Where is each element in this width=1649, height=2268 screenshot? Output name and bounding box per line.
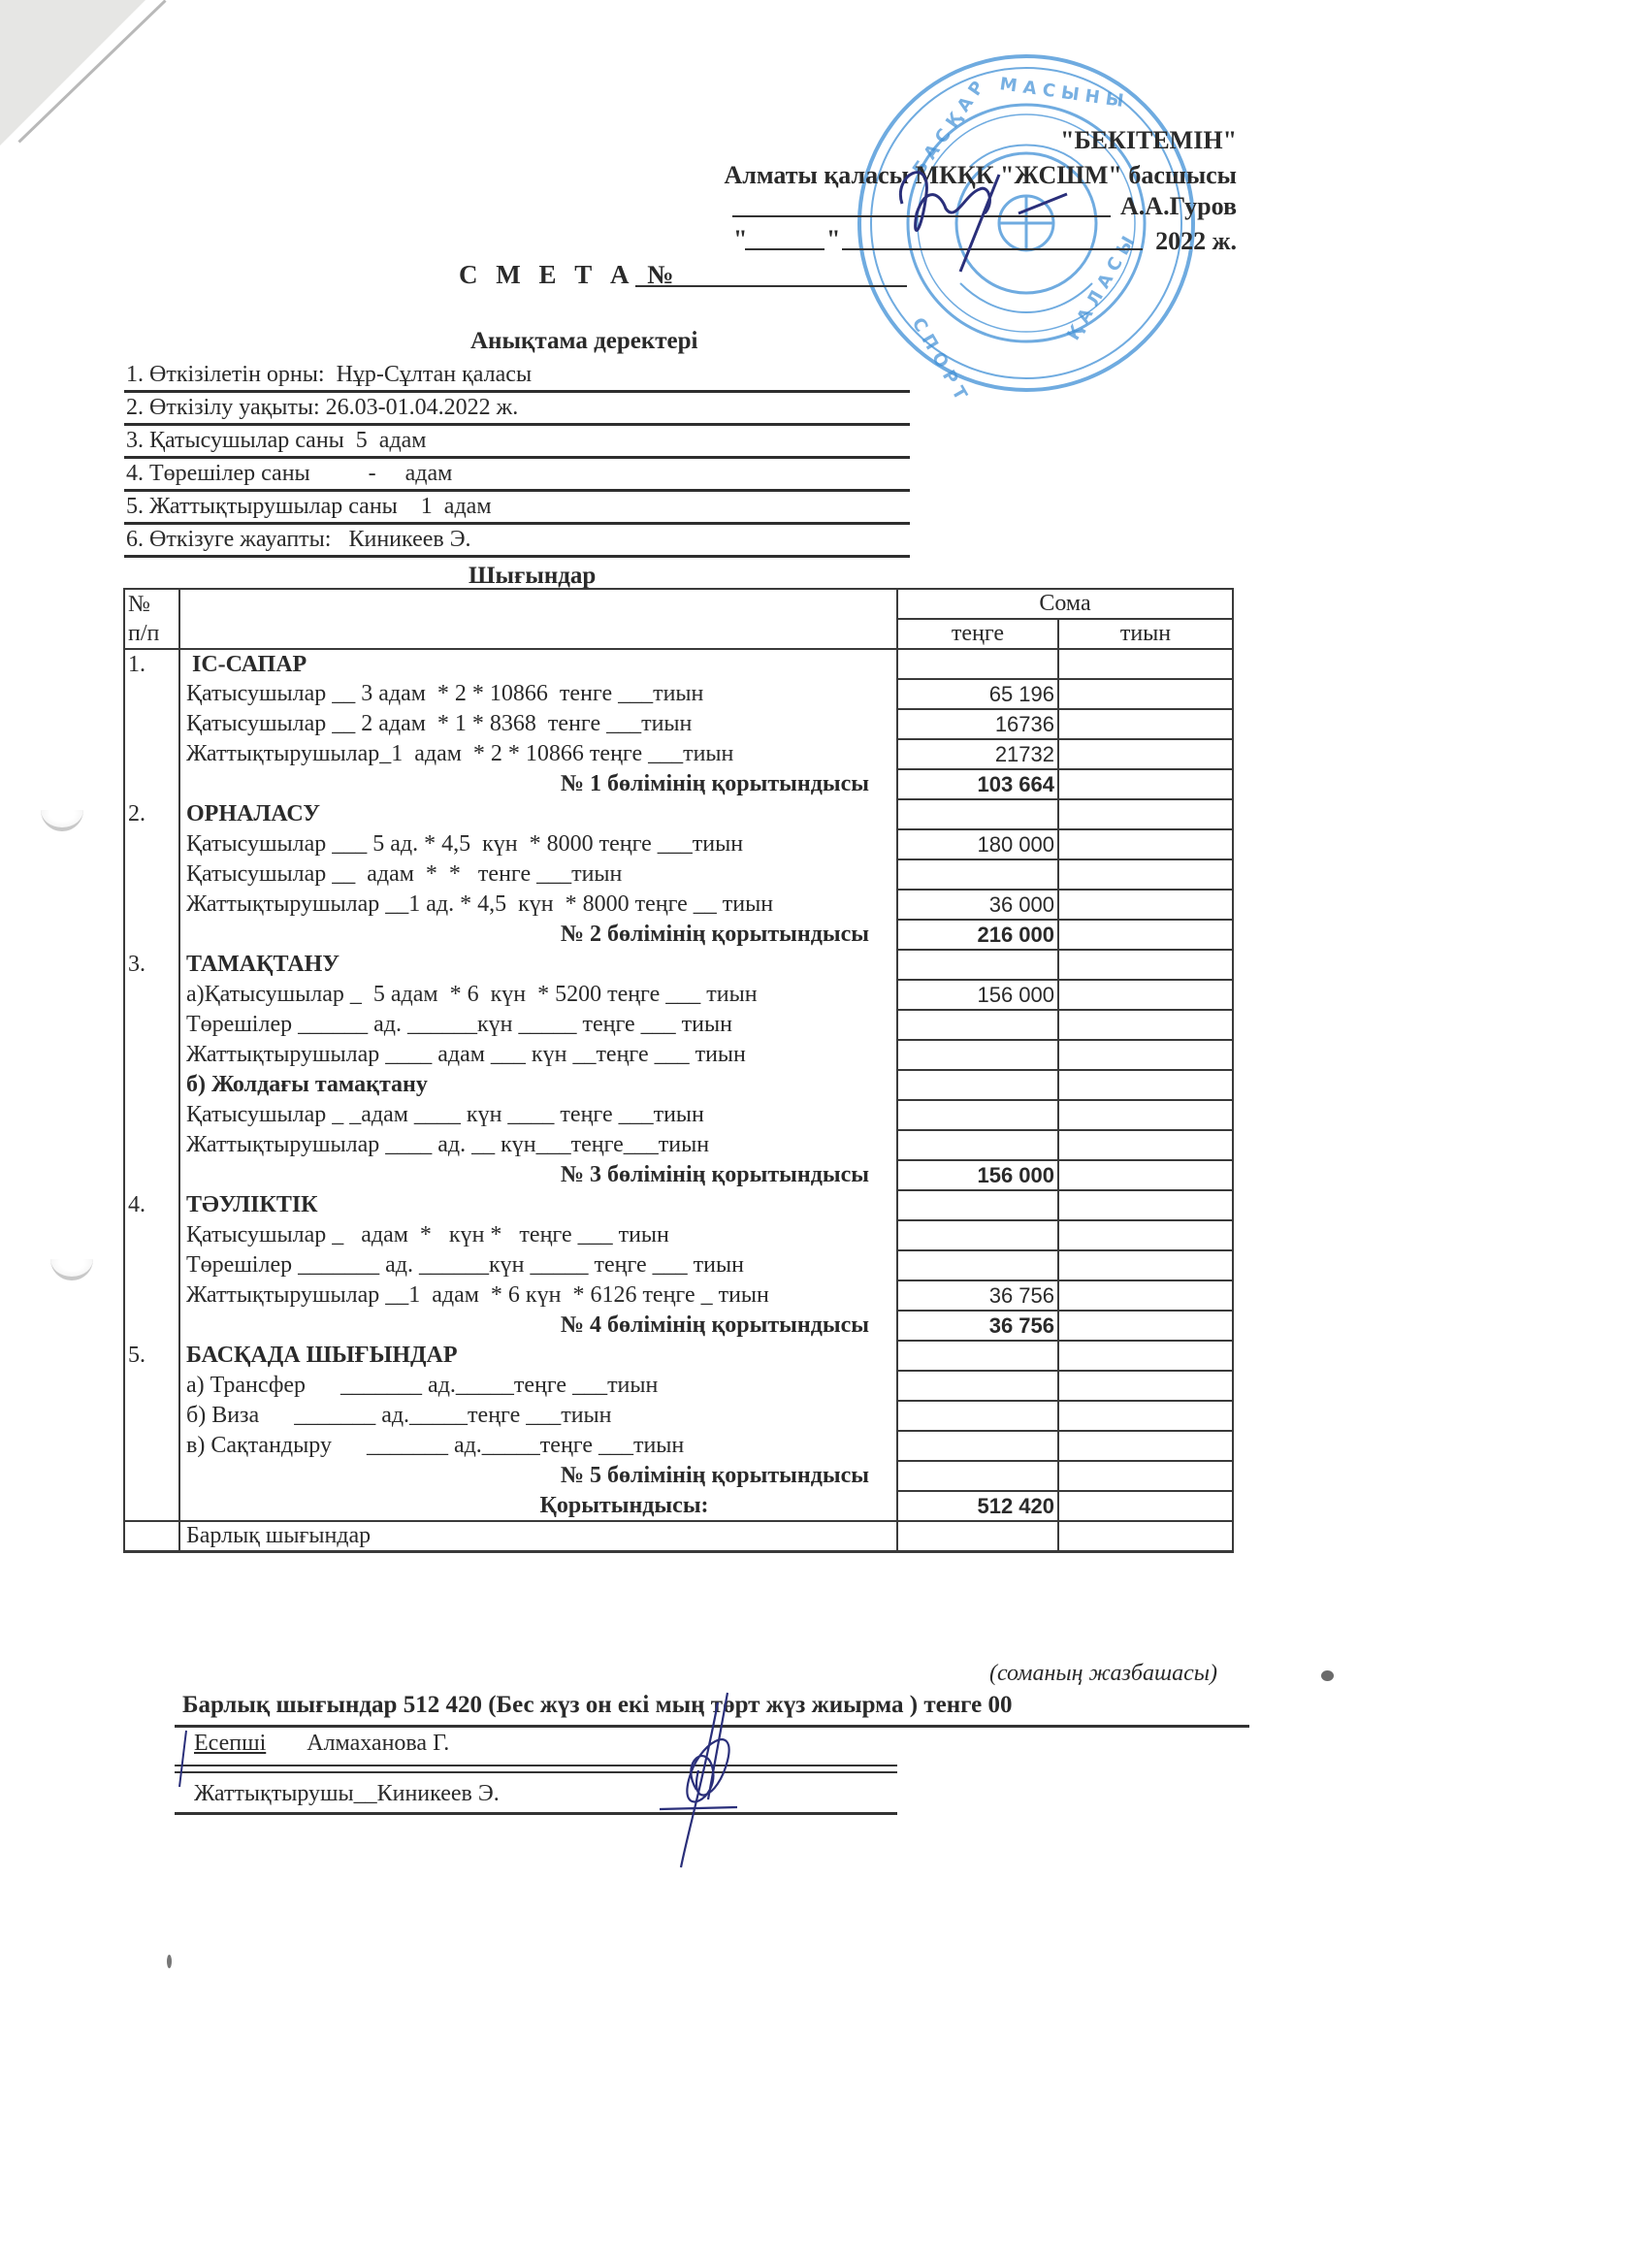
- row-amount-tenge: [897, 799, 1058, 829]
- accountant-line: [175, 1765, 897, 1766]
- coach-line: [175, 1812, 897, 1815]
- info-venue: 1. Өткізілетін орны: Нұр-Сұлтан қаласы: [124, 360, 910, 393]
- ink-speck: [167, 1955, 172, 1968]
- row-number: [124, 1431, 179, 1461]
- approval-year: 2022 ж.: [1155, 229, 1237, 254]
- row-number: [124, 1491, 179, 1521]
- table-row: 3.ТАМАҚТАНУ: [124, 950, 1233, 980]
- row-description: Жаттықтырушылар ____ адам ___ күн __теңг…: [179, 1040, 897, 1070]
- info-participants: 3. Қатысушылар саны 5 адам: [124, 426, 910, 459]
- row-amount-tenge: [897, 649, 1058, 679]
- row-amount-tiyn: [1058, 1010, 1233, 1040]
- row-number: [124, 1070, 179, 1100]
- row-number: [124, 1220, 179, 1250]
- approval-heading: "БЕКІТЕМІН": [1060, 128, 1237, 153]
- row-description: Қорытындысы:: [179, 1491, 897, 1521]
- row-amount-tiyn: [1058, 739, 1233, 769]
- row-amount-tiyn: [1058, 1100, 1233, 1130]
- accountant-line-2: [175, 1771, 897, 1773]
- row-amount-tenge: [897, 1431, 1058, 1461]
- bracket-mark: [177, 1729, 190, 1806]
- row-amount-tenge: [897, 1070, 1058, 1100]
- row-number: 1.: [124, 649, 179, 679]
- row-amount-tenge: 21732: [897, 739, 1058, 769]
- table-row: Қатысушылар __ 3 адам * 2 * 10866 тенге …: [124, 679, 1233, 709]
- signature-line: [732, 215, 1111, 217]
- row-description: а)Қатысушылар _ 5 адам * 6 күн * 5200 те…: [179, 980, 897, 1010]
- row-number: 3.: [124, 950, 179, 980]
- row-description: № 1 бөлімінің қорытындысы: [179, 769, 897, 799]
- row-number: [124, 829, 179, 859]
- row-description: Қатысушылар ___ 5 ад. * 4,5 күн * 8000 т…: [179, 829, 897, 859]
- table-row: Жаттықтырушылар_1 адам * 2 * 10866 теңге…: [124, 739, 1233, 769]
- row-description: ІС-САПАР: [179, 649, 897, 679]
- row-number: [124, 1250, 179, 1280]
- row-description: № 2 бөлімінің қорытындысы: [179, 920, 897, 950]
- row-amount-tenge: 36 000: [897, 890, 1058, 920]
- accountant-signature-row: Есепші Алмаханова Г.: [194, 1731, 449, 1757]
- row-description: в) Сақтандыру _______ ад._____теңге ___т…: [179, 1431, 897, 1461]
- row-amount-tenge: 156 000: [897, 980, 1058, 1010]
- row-amount-tenge: 512 420: [897, 1491, 1058, 1521]
- row-amount-tiyn: [1058, 1491, 1233, 1521]
- row-description: Қатысушылар __ 3 адам * 2 * 10866 тенге …: [179, 679, 897, 709]
- coach-role: Жаттықтырушы: [194, 1781, 354, 1806]
- director-signature: [873, 136, 1106, 281]
- row-amount-tiyn: [1058, 890, 1233, 920]
- row-amount-tiyn: [1058, 1521, 1233, 1552]
- row-number: [124, 1040, 179, 1070]
- table-row: Қатысушылар __ адам * * тенге ___тиын: [124, 859, 1233, 890]
- table-row: Жаттықтырушылар __1 ад. * 4,5 күн * 8000…: [124, 890, 1233, 920]
- row-number: [124, 1100, 179, 1130]
- total-in-words: Барлық шығындар 512 420 (Бес жүз он екі …: [182, 1692, 1013, 1719]
- header-number: №п/п: [124, 589, 179, 649]
- row-amount-tiyn: [1058, 980, 1233, 1010]
- table-row: в) Сақтандыру _______ ад._____теңге ___т…: [124, 1431, 1233, 1461]
- info-heading: Анықтама деректері: [470, 328, 697, 355]
- coach-name: Киникеев Э.: [377, 1781, 500, 1806]
- table-row: № 5 бөлімінің қорытындысы: [124, 1461, 1233, 1491]
- row-description: Жаттықтырушылар __1 адам * 6 күн * 6126 …: [179, 1280, 897, 1311]
- ink-speck: [1321, 1670, 1334, 1681]
- table-row: № 4 бөлімінің қорытындысы36 756: [124, 1311, 1233, 1341]
- header-tenge: теңге: [897, 619, 1058, 649]
- expenses-heading: Шығындар: [469, 563, 596, 590]
- table-row: № 1 бөлімінің қорытындысы103 664: [124, 769, 1233, 799]
- row-amount-tenge: [897, 859, 1058, 890]
- accountant-role: Есепші: [194, 1731, 266, 1756]
- row-amount-tiyn: [1058, 829, 1233, 859]
- coach-signature-row: Жаттықтырушы__Киникеев Э.: [194, 1781, 500, 1807]
- table-row: № 3 бөлімінің қорытындысы156 000: [124, 1160, 1233, 1190]
- svg-text:М А С Ы Н Ы: М А С Ы Н Ы: [998, 74, 1124, 112]
- row-amount-tenge: 65 196: [897, 679, 1058, 709]
- table-row: Барлық шығындар: [124, 1521, 1233, 1552]
- date-day-line: [745, 248, 824, 250]
- row-amount-tiyn: [1058, 799, 1233, 829]
- row-number: [124, 1311, 179, 1341]
- row-description: б) Жолдағы тамақтану: [179, 1070, 897, 1100]
- amount-in-words-note: (соманың жазбашасы): [989, 1661, 1217, 1687]
- total-underline: [175, 1725, 1249, 1728]
- row-number: 4.: [124, 1190, 179, 1220]
- row-amount-tenge: [897, 1010, 1058, 1040]
- row-amount-tenge: [897, 1220, 1058, 1250]
- accountant-name: Алмаханова Г.: [307, 1731, 449, 1756]
- row-amount-tiyn: [1058, 1190, 1233, 1220]
- table-row: а) Трансфер _______ ад._____теңге ___тиы…: [124, 1371, 1233, 1401]
- row-amount-tenge: [897, 1401, 1058, 1431]
- row-amount-tenge: [897, 1250, 1058, 1280]
- table-row: Жаттықтырушылар ____ адам ___ күн __теңг…: [124, 1040, 1233, 1070]
- row-number: [124, 980, 179, 1010]
- header-tiyn: тиын: [1058, 619, 1233, 649]
- row-amount-tenge: [897, 1371, 1058, 1401]
- row-amount-tiyn: [1058, 950, 1233, 980]
- info-referees: 4. Төрешілер саны - адам: [124, 459, 910, 492]
- row-amount-tenge: [897, 1341, 1058, 1371]
- row-amount-tenge: [897, 1130, 1058, 1160]
- header-description: [179, 589, 897, 649]
- info-responsible: 6. Өткізуге жауапты: Киникеев Э.: [124, 525, 910, 558]
- row-amount-tiyn: [1058, 679, 1233, 709]
- row-number: [124, 679, 179, 709]
- row-description: Жаттықтырушылар __1 ад. * 4,5 күн * 8000…: [179, 890, 897, 920]
- row-description: Қатысушылар _ _адам ____ күн ____ теңге …: [179, 1100, 897, 1130]
- table-row: Қатысушылар _ _адам ____ күн ____ теңге …: [124, 1100, 1233, 1130]
- row-description: Жаттықтырушылар ____ ад. __ күн___теңге_…: [179, 1130, 897, 1160]
- row-description: ТАМАҚТАНУ: [179, 950, 897, 980]
- row-amount-tenge: [897, 1040, 1058, 1070]
- row-amount-tenge: [897, 1461, 1058, 1491]
- table-row: 1. ІС-САПАР: [124, 649, 1233, 679]
- row-amount-tiyn: [1058, 1040, 1233, 1070]
- official-stamp-seal: Б А С Қ А Р М А С Ы Н Ы Қ А Л А С Ы С П …: [854, 50, 1203, 400]
- row-number: [124, 739, 179, 769]
- row-number: [124, 1160, 179, 1190]
- row-amount-tiyn: [1058, 920, 1233, 950]
- binder-hole-mark: [50, 1259, 93, 1280]
- row-description: ТӘУЛІКТІК: [179, 1190, 897, 1220]
- row-description: Жаттықтырушылар_1 адам * 2 * 10866 теңге…: [179, 739, 897, 769]
- row-amount-tiyn: [1058, 1070, 1233, 1100]
- row-description: б) Виза _______ ад._____теңге ___тиын: [179, 1401, 897, 1431]
- row-description: Төрешілер ______ ад. ______күн _____ тең…: [179, 1010, 897, 1040]
- row-number: [124, 1371, 179, 1401]
- row-description: БАСҚАДА ШЫҒЫНДАР: [179, 1341, 897, 1371]
- table-row: № 2 бөлімінің қорытындысы216 000: [124, 920, 1233, 950]
- table-row: а)Қатысушылар _ 5 адам * 6 күн * 5200 те…: [124, 980, 1233, 1010]
- row-number: [124, 859, 179, 890]
- row-description: Қатысушылар __ 2 адам * 1 * 8368 тенге _…: [179, 709, 897, 739]
- row-number: [124, 709, 179, 739]
- row-description: № 5 бөлімінің қорытындысы: [179, 1461, 897, 1491]
- row-amount-tiyn: [1058, 1401, 1233, 1431]
- row-number: [124, 920, 179, 950]
- row-amount-tiyn: [1058, 1311, 1233, 1341]
- row-amount-tiyn: [1058, 649, 1233, 679]
- row-amount-tiyn: [1058, 1220, 1233, 1250]
- row-number: [124, 769, 179, 799]
- table-row: Төрешілер _______ ад. ______күн _____ те…: [124, 1250, 1233, 1280]
- row-description: № 3 бөлімінің қорытындысы: [179, 1160, 897, 1190]
- row-number: 2.: [124, 799, 179, 829]
- date-month-line: [842, 248, 1143, 250]
- row-amount-tiyn: [1058, 1341, 1233, 1371]
- table-row: Қатысушылар __ 2 адам * 1 * 8368 тенге _…: [124, 709, 1233, 739]
- table-row: Төрешілер ______ ад. ______күн _____ тең…: [124, 1010, 1233, 1040]
- header-amount: Сома: [897, 589, 1233, 619]
- table-row: Жаттықтырушылар __1 адам * 6 күн * 6126 …: [124, 1280, 1233, 1311]
- approval-position: Алматы қаласы МКҚК "ЖСШМ" басшысы: [725, 163, 1237, 188]
- row-description: Қатысушылар _ адам * күн * теңге ___ тиы…: [179, 1220, 897, 1250]
- row-amount-tiyn: [1058, 1250, 1233, 1280]
- row-amount-tenge: 36 756: [897, 1311, 1058, 1341]
- row-description: а) Трансфер _______ ад._____теңге ___тиы…: [179, 1371, 897, 1401]
- row-number: 5.: [124, 1341, 179, 1371]
- row-amount-tenge: [897, 950, 1058, 980]
- row-number: [124, 1280, 179, 1311]
- row-amount-tiyn: [1058, 1280, 1233, 1311]
- row-number: [124, 1401, 179, 1431]
- table-row: 5.БАСҚАДА ШЫҒЫНДАР: [124, 1341, 1233, 1371]
- row-amount-tenge: 156 000: [897, 1160, 1058, 1190]
- row-description: ОРНАЛАСУ: [179, 799, 897, 829]
- row-amount-tenge: [897, 1521, 1058, 1552]
- row-description: Барлық шығындар: [179, 1521, 897, 1552]
- row-amount-tiyn: [1058, 859, 1233, 890]
- row-amount-tiyn: [1058, 709, 1233, 739]
- table-row: Қорытындысы:512 420: [124, 1491, 1233, 1521]
- row-amount-tenge: 216 000: [897, 920, 1058, 950]
- estimate-number-line: [635, 285, 907, 287]
- row-amount-tiyn: [1058, 1461, 1233, 1491]
- row-amount-tiyn: [1058, 1160, 1233, 1190]
- folded-corner: [0, 0, 145, 146]
- table-row: Жаттықтырушылар ____ ад. __ күн___теңге_…: [124, 1130, 1233, 1160]
- row-number: [124, 1521, 179, 1552]
- table-row: Қатысушылар _ адам * күн * теңге ___ тиы…: [124, 1220, 1233, 1250]
- row-amount-tenge: 16736: [897, 709, 1058, 739]
- info-coaches: 5. Жаттықтырушылар саны 1 адам: [124, 492, 910, 525]
- table-row: 2.ОРНАЛАСУ: [124, 799, 1233, 829]
- row-number: [124, 1461, 179, 1491]
- row-description: Төрешілер _______ ад. ______күн _____ те…: [179, 1250, 897, 1280]
- table-row: б) Жолдағы тамақтану: [124, 1070, 1233, 1100]
- date-quote-close: ": [826, 225, 840, 254]
- row-amount-tiyn: [1058, 1130, 1233, 1160]
- row-amount-tenge: 180 000: [897, 829, 1058, 859]
- row-description: Қатысушылар __ адам * * тенге ___тиын: [179, 859, 897, 890]
- row-amount-tenge: [897, 1100, 1058, 1130]
- row-number: [124, 1010, 179, 1040]
- row-number: [124, 890, 179, 920]
- row-number: [124, 1130, 179, 1160]
- row-description: № 4 бөлімінің қорытындысы: [179, 1311, 897, 1341]
- table-row: 4.ТӘУЛІКТІК: [124, 1190, 1233, 1220]
- row-amount-tiyn: [1058, 1431, 1233, 1461]
- row-amount-tenge: [897, 1190, 1058, 1220]
- table-row: Қатысушылар ___ 5 ад. * 4,5 күн * 8000 т…: [124, 829, 1233, 859]
- table-row: б) Виза _______ ад._____теңге ___тиын: [124, 1401, 1233, 1431]
- row-amount-tenge: 36 756: [897, 1280, 1058, 1311]
- row-amount-tiyn: [1058, 769, 1233, 799]
- info-dates: 2. Өткізілу уақыты: 26.03-01.04.2022 ж.: [124, 393, 910, 426]
- table-header-row: №п/п Сома: [124, 589, 1233, 619]
- binder-hole-mark: [41, 810, 83, 831]
- expenses-table: №п/п Сома теңге тиын 1. ІС-САПАРҚатысушы…: [123, 588, 1234, 1553]
- svg-text:С П О Р Т: С П О Р Т: [908, 314, 972, 400]
- row-amount-tenge: 103 664: [897, 769, 1058, 799]
- row-amount-tiyn: [1058, 1371, 1233, 1401]
- approval-signer: А.А.Гуров: [1120, 194, 1237, 219]
